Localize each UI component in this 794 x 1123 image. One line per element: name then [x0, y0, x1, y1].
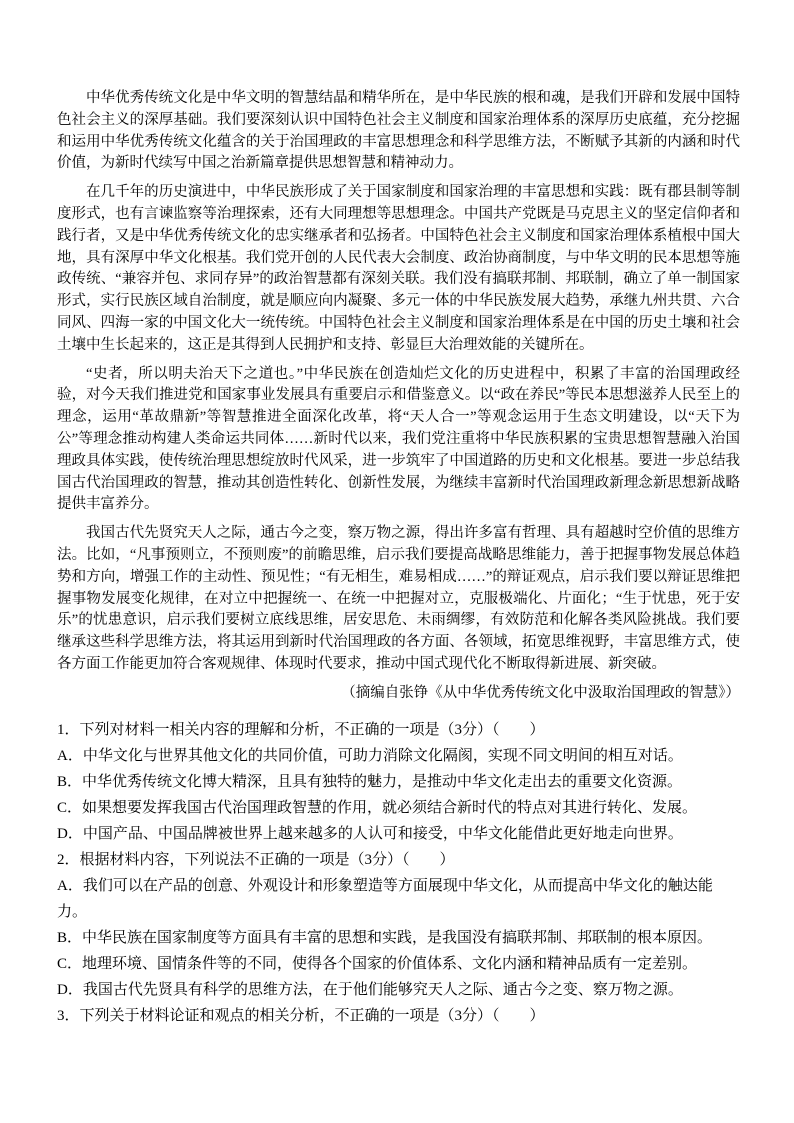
- question-2-option-d: D．我国古代先贤具有科学的思维方法，在于他们能够究天人之际、通古今之变、察万物之…: [57, 977, 740, 1003]
- question-1-option-a: A．中华文化与世界其他文化的共同价值，可助力消除文化隔阂，实现不同文明间的相互对…: [57, 743, 740, 769]
- question-1-option-d: D．中国产品、中国品牌被世界上越来越多的人认可和接受，中华文化能借此更好地走向世…: [57, 821, 740, 847]
- question-2-option-b: B．中华民族在国家制度等方面具有丰富的思想和实践，是我国没有搞联邦制、邦联制的根…: [57, 925, 740, 951]
- source-attribution: （摘编自张铮《从中华优秀传统文化中汲取治国理政的智慧》）: [57, 683, 740, 705]
- question-3-stem: 3．下列关于材料论证和观点的相关分析，不正确的一项是（3分）（ ）: [57, 1003, 740, 1029]
- question-2-option-a: A．我们可以在产品的创意、外观设计和形象塑造等方面展现中华文化，从而提高中华文化…: [57, 873, 740, 925]
- article-paragraph-2: 在几千年的历史演进中，中华民族形成了关于国家制度和国家治理的丰富思想和实践：既有…: [57, 182, 740, 356]
- reading-material: 中华优秀传统文化是中华文明的智慧结晶和精华所在，是中华民族的根和魂，是我们开辟和…: [57, 88, 740, 705]
- question-1-stem: 1．下列对材料一相关内容的理解和分析，不正确的一项是（3分）（ ）: [57, 717, 740, 743]
- article-paragraph-1: 中华优秀传统文化是中华文明的智慧结晶和精华所在，是中华民族的根和魂，是我们开辟和…: [57, 88, 740, 175]
- question-3: 3．下列关于材料论证和观点的相关分析，不正确的一项是（3分）（ ）: [57, 1003, 740, 1029]
- question-1-option-c: C．如果想要发挥我国古代治国理政智慧的作用，就必须结合新时代的特点对其进行转化、…: [57, 795, 740, 821]
- question-1-option-b: B．中华优秀传统文化博大精深，且具有独特的魅力，是推动中华文化走出去的重要文化资…: [57, 769, 740, 795]
- document-page: 中华优秀传统文化是中华文明的智慧结晶和精华所在，是中华民族的根和魂，是我们开辟和…: [0, 0, 794, 1123]
- article-paragraph-3: “史者，所以明夫治天下之道也。”中华民族在创造灿烂文化的历史进程中，积累了丰富的…: [57, 364, 740, 517]
- question-2: 2．根据材料内容，下列说法不正确的一项是（3分）（ ） A．我们可以在产品的创意…: [57, 847, 740, 1003]
- question-2-stem: 2．根据材料内容，下列说法不正确的一项是（3分）（ ）: [57, 847, 740, 873]
- question-2-option-c: C．地理环境、国情条件等的不同，使得各个国家的价值体系、文化内涵和精神品质有一定…: [57, 951, 740, 977]
- questions-section: 1．下列对材料一相关内容的理解和分析，不正确的一项是（3分）（ ） A．中华文化…: [57, 717, 740, 1029]
- question-1: 1．下列对材料一相关内容的理解和分析，不正确的一项是（3分）（ ） A．中华文化…: [57, 717, 740, 847]
- article-paragraph-4: 我国古代先贤究天人之际，通古今之变，察万物之源，得出许多富有哲理、具有超越时空价…: [57, 523, 740, 676]
